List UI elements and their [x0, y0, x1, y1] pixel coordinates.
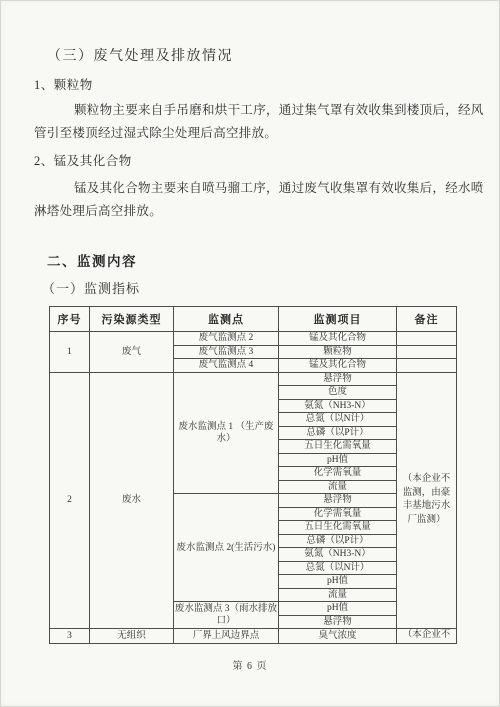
section-heading-waste-gas: （三）废气处理及排放情况: [47, 45, 233, 65]
subsection-heading-indicators: （一）监测指标: [42, 278, 140, 297]
monitoring-point-cell: 废气监测点 4: [174, 359, 279, 373]
column-header: 监测点: [174, 307, 279, 332]
monitoring-item-cell: 锰及其化合物: [279, 359, 397, 373]
pollution-source-cell: 废气: [90, 332, 174, 373]
monitoring-item-cell: 总磷（以P计）: [279, 534, 397, 548]
column-header: 污染源类型: [90, 307, 174, 332]
monitoring-item-cell: 流量: [279, 480, 397, 494]
monitoring-item-cell: 流量: [279, 588, 397, 602]
monitoring-item-cell: 氨氮（NH3-N）: [279, 548, 397, 562]
monitoring-table: 序号污染源类型监测点监测项目备注 1废气废气监测点 2锰及其化合物废气监测点 3…: [49, 306, 457, 644]
monitoring-item-cell: 氨氮（NH3-N）: [279, 399, 397, 413]
monitoring-item-cell: 色度: [279, 386, 397, 400]
monitoring-item-cell: 总氮（以N计）: [279, 561, 397, 575]
item-heading-manganese: 2、锰及其化合物: [34, 151, 132, 169]
monitoring-point-cell: 废水监测点 3（雨水排放口）: [174, 602, 279, 629]
paragraph-line: 淋塔处理后高空排放。: [34, 200, 468, 223]
note-cell: （本企业不监测，由豪丰基地污水厂监测）: [397, 372, 457, 629]
paragraph-line: 颗粒物主要来自手吊磨和烘干工序，通过集气罩有效收集到楼顶后，经风: [34, 99, 468, 122]
table-row: 1废气废气监测点 2锰及其化合物: [50, 332, 457, 346]
paragraph-line: 锰及其化合物主要来自喷马骝工序，通过废气收集罩有效收集后，经水喷: [34, 177, 468, 200]
column-header: 备注: [397, 307, 457, 332]
page-footer: 第 6 页: [1, 657, 499, 672]
monitoring-item-cell: 锰及其化合物: [279, 332, 397, 346]
paragraph-line: 管引至楼顶经过湿式除尘处理后高空排放。: [34, 122, 468, 145]
note-cell: （本企业不: [397, 629, 457, 644]
row-index-cell: 1: [50, 332, 90, 373]
monitoring-item-cell: 总氮（以N计）: [279, 413, 397, 427]
paragraph-manganese: 锰及其化合物主要来自喷马骝工序，通过废气收集罩有效收集后，经水喷 淋塔处理后高空…: [34, 177, 468, 223]
row-index-cell: 2: [50, 372, 90, 629]
monitoring-item-cell: 五日生化需氧量: [279, 521, 397, 535]
table-body: 1废气废气监测点 2锰及其化合物废气监测点 3颗粒物废气监测点 4锰及其化合物2…: [50, 332, 457, 644]
document-page: （三）废气处理及排放情况 1、颗粒物 颗粒物主要来自手吊磨和烘干工序，通过集气罩…: [0, 0, 500, 707]
section-heading-monitoring: 二、监测内容: [47, 250, 137, 270]
table-header-row: 序号污染源类型监测点监测项目备注: [50, 307, 457, 332]
pollution-source-cell: 废水: [90, 372, 174, 629]
monitoring-item-cell: pH值: [279, 602, 397, 616]
monitoring-item-cell: 颗粒物: [279, 345, 397, 359]
table-row: 2废水废水监测点 1 （生产废水）悬浮物（本企业不监测，由豪丰基地污水厂监测）: [50, 372, 457, 386]
item-heading-particulate: 1、颗粒物: [34, 75, 93, 93]
pollution-source-cell: 无组织: [90, 629, 174, 644]
table-row: 3无组织厂界上风边界点臭气浓度（本企业不: [50, 629, 457, 644]
row-index-cell: 3: [50, 629, 90, 644]
monitoring-item-cell: 五日生化需氧量: [279, 440, 397, 454]
monitoring-item-cell: 总磷（以P计）: [279, 426, 397, 440]
paragraph-particulate: 颗粒物主要来自手吊磨和烘干工序，通过集气罩有效收集到楼顶后，经风 管引至楼顶经过…: [34, 99, 468, 145]
monitoring-item-cell: pH值: [279, 453, 397, 467]
monitoring-item-cell: 化学需氧量: [279, 467, 397, 481]
note-cell: [397, 345, 457, 359]
note-cell: [397, 332, 457, 346]
monitoring-item-cell: 悬浮物: [279, 494, 397, 508]
monitoring-item-cell: pH值: [279, 575, 397, 589]
monitoring-item-cell: 悬浮物: [279, 615, 397, 629]
monitoring-item-cell: 臭气浓度: [279, 629, 397, 644]
monitoring-point-cell: 废水监测点 2(生活污水): [174, 494, 279, 602]
monitoring-item-cell: 悬浮物: [279, 372, 397, 386]
monitoring-point-cell: 废气监测点 3: [174, 345, 279, 359]
note-cell: [397, 359, 457, 373]
monitoring-point-cell: 厂界上风边界点: [174, 629, 279, 644]
monitoring-point-cell: 废气监测点 2: [174, 332, 279, 346]
column-header: 序号: [50, 307, 90, 332]
monitoring-item-cell: 化学需氧量: [279, 507, 397, 521]
monitoring-point-cell: 废水监测点 1 （生产废水）: [174, 372, 279, 494]
column-header: 监测项目: [279, 307, 397, 332]
